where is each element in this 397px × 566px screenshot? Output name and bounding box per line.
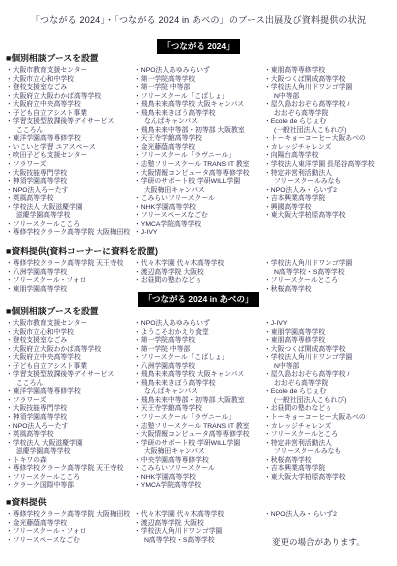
list-item: ・大阪情報コンピュータ高等専修学校 <box>134 170 264 179</box>
list-item: ・大阪つくば開成高等学校 <box>264 346 394 355</box>
list-item: ・第一学院 中等部 <box>134 84 264 93</box>
list-item: ・大阪市教育支援センター <box>6 67 136 76</box>
event1-booth-column-2: ・NPO法人あゆみらいず・第一学院高等学校・第一学院 中等部・フリースクール「こ… <box>134 67 264 238</box>
list-item-continuation: 大阪梅田キャンパス <box>134 448 264 457</box>
list-item: ・大阪府立中央高等学校 <box>6 101 136 110</box>
list-item: ・神須学園高等学校 <box>6 414 136 423</box>
list-item-continuation: N高等学校・S高等学校 <box>264 269 394 278</box>
list-item: ・NPO法人あゆみらいず <box>134 320 264 329</box>
list-item: ・フリースクール「ラヴニール」 <box>134 152 264 161</box>
list-item-continuation: 大阪梅田キャンパス <box>134 187 264 196</box>
list-item: ・渡辺高等学院 大阪校 <box>134 269 264 278</box>
list-item: ・フリースクールところ <box>264 431 394 440</box>
list-item: ・代々木学園 代々木高等学校 <box>134 260 264 269</box>
list-item: ・英風高等学校 <box>6 195 136 204</box>
list-item-continuation: おおぞら高等学院 <box>264 110 394 119</box>
list-item: ・フリースクール「こばしょ」 <box>134 354 264 363</box>
list-item: ・J-IVY <box>134 229 264 238</box>
list-item-continuation: N中等部 <box>264 93 394 102</box>
list-item: ・大阪府立大阪わかば高等学校 <box>6 93 136 102</box>
list-item: ・第一学院高等学校 <box>134 76 264 85</box>
list-item: ・天王寺学館高等学校 <box>134 405 264 414</box>
list-item: ・登校支援室なごみ <box>6 84 136 93</box>
list-item: ・特定非営利活動法人 <box>264 440 394 449</box>
list-item: ・NPO法人ろーたす <box>6 187 136 196</box>
list-item: ・秋桜高等学校 <box>264 457 394 466</box>
list-item: ・吉本興業高等学院 <box>264 195 394 204</box>
list-item: ・東朋高等専修学校 <box>264 337 394 346</box>
event2-materials-column-1: ・専修学校クラーク高等学院 大阪梅田校・金光藤蔭高等学校・フリースクール・フォロ… <box>6 511 136 545</box>
list-item: ・NPO法人ろーたす <box>6 423 136 432</box>
list-item: ・YMCA学院高等学校 <box>134 482 264 491</box>
event1-materials-heading: ■資料提供(資料コーナーに資料を設置) <box>6 244 395 257</box>
list-item: ・東朋学園高等学校 <box>264 329 394 338</box>
list-item: ・天王寺学館高等学校 <box>134 135 264 144</box>
event2-booth-section: ■個別相談ブースを設置 ・大阪市教育支援センター・大阪市立心和中学校・登校支援室… <box>6 304 395 320</box>
list-item: ・金光藤蔭高等学校 <box>6 520 136 529</box>
list-item: ・カレッジチャレンズ <box>264 423 394 432</box>
list-item: ・大阪市立心和中学校 <box>6 329 136 338</box>
event1-booth-column-1: ・大阪市教育支援センター・大阪市立心和中学校・登校支援室なごみ・大阪府立大阪わか… <box>6 67 136 238</box>
event2-materials-heading: ■資料提供 <box>6 495 395 508</box>
document-title: 「つながる 2024」・「つながる 2024 in あべの」のブース出展及び資料… <box>0 13 397 26</box>
list-item: ・東大阪大学柏原高等学校 <box>264 212 394 221</box>
list-item: ・八洲学園高等学校 <box>134 363 264 372</box>
event1-booth-heading: ■個別相談ブースを設置 <box>6 51 395 64</box>
list-item: ・トキワの森 <box>6 457 136 466</box>
list-item: ・こみらいフリースクール <box>134 195 264 204</box>
list-item: ・大阪府立大阪わかば高等学校 <box>6 346 136 355</box>
list-item: ・学校法人東洋学園 長尾谷高等学校 <box>264 161 394 170</box>
list-item: ・屋久島おおぞら高等学校 / <box>264 371 394 380</box>
list-item-continuation: フリースクールみなも <box>264 448 394 457</box>
list-item: ・専修学校クラーク高等学院 大阪梅田校 <box>6 229 136 238</box>
list-item: ・屋久島おおぞら高等学校 / <box>264 101 394 110</box>
list-item: ・代々木学園 代々木高等学校 <box>134 511 264 520</box>
list-item: ・YMCA学院高等学校 <box>134 221 264 230</box>
list-item: ・学校法人角川ドワンゴ学園 <box>264 84 394 93</box>
list-item: ・専修学校クラーク高等学院 天王寺校 <box>6 260 136 269</box>
list-item: ・フラワーズ <box>6 161 136 170</box>
list-item: ・トーキョーコーヒー大阪あべの <box>264 414 394 423</box>
list-item: ・大阪つくば開成高等学校 <box>264 76 394 85</box>
list-item: ・こみらいフリースクール <box>134 465 264 474</box>
event1-booth-column-3: ・東朋高等専修学校・大阪つくば開成高等学校・学校法人角川ドワンゴ学園N中等部・屋… <box>264 67 394 221</box>
list-item: ・大阪情報コンピュータ高等専修学校 <box>134 431 264 440</box>
list-item: ・ようこそおかえり食堂 <box>134 329 264 338</box>
list-item: ・お昼間の塾わなどぅ <box>134 277 264 286</box>
list-item: ・吉本興業高等学院 <box>264 465 394 474</box>
list-item: ・フリースクール・フォロ <box>6 277 136 286</box>
list-item-continuation: なんばキャンパス <box>134 388 264 397</box>
event2-booth-column-1: ・大阪市教育支援センター・大阪市立心和中学校・登校支援室なごみ・大阪府立大阪わか… <box>6 320 136 491</box>
event1-materials-column-2: ・代々木学園 代々木高等学校・渡辺高等学院 大阪校・お昼間の塾わなどぅ <box>134 260 264 286</box>
list-item: ・渡辺高等学院 大阪校 <box>134 520 264 529</box>
list-item: ・フリースクール・フォロ <box>6 528 136 537</box>
list-item: ・フリースペースなごむ <box>134 212 264 221</box>
list-item: ・フリースクール「ラヴニール」 <box>134 414 264 423</box>
list-item: ・向陽台高等学校 <box>264 152 394 161</box>
event1-booth-section: ■個別相談ブースを設置 ・大阪市教育支援センター・大阪市立心和中学校・登校支援室… <box>6 51 395 67</box>
list-item: ・飛鳥未来高等学校 大阪キャンパス <box>134 371 264 380</box>
list-item: ・学習支援型放課後等デイサービス <box>6 371 136 380</box>
event2-materials-section: ■資料提供 ・専修学校クラーク高等学院 大阪梅田校・金光藤蔭高等学校・フリースク… <box>6 495 395 511</box>
list-item: ・大阪技能専門学校 <box>6 170 136 179</box>
list-item: ・志塾フリースクール TRANS IT 教室 <box>134 161 264 170</box>
list-item: ・クラーク国際中等部 <box>6 482 136 491</box>
list-item-continuation: フリースクールみなも <box>264 178 394 187</box>
list-item: ・大阪府立中央高等学校 <box>6 354 136 363</box>
list-item: ・吹田子ども支援センター <box>6 152 136 161</box>
event2-materials-column-3: ・NPO法人み・らいず2 <box>264 511 394 520</box>
event2-booth-heading: ■個別相談ブースを設置 <box>6 304 395 317</box>
list-item: ・大阪技能専門学校 <box>6 405 136 414</box>
list-item: ・英風高等学校 <box>6 431 136 440</box>
list-item: ・専修学校クラーク高等学院 天王寺校 <box>6 465 136 474</box>
list-item: ・八洲学園高等学校 <box>6 269 136 278</box>
list-item: ・Ecole de らじぇむ <box>264 388 394 397</box>
list-item-continuation: N中等部 <box>264 363 394 372</box>
list-item: ・大阪市立心和中学校 <box>6 76 136 85</box>
list-item: ・東洋学園高等専修学校 <box>6 135 136 144</box>
list-item: ・お昼間の塾わなどぅ <box>264 405 394 414</box>
list-item: ・Ecole de らじぇむ <box>264 118 394 127</box>
list-item: ・学校法人 大阪滋慶学園 <box>6 440 136 449</box>
list-item: ・NPO法人あゆみらいず <box>134 67 264 76</box>
change-notice: 変更の場合があります。 <box>272 536 365 548</box>
list-item: ・飛鳥未来きぼう高等学校 <box>134 110 264 119</box>
list-item: ・学習支援型放課後等デイサービス <box>6 118 136 127</box>
list-item: ・中央学園高等専修学校 <box>134 457 264 466</box>
list-item: ・子ども自立アシスト事業 <box>6 110 136 119</box>
list-item: ・NHK学園高等学校 <box>134 204 264 213</box>
list-item: ・神須学園高等学校 <box>6 178 136 187</box>
list-item: ・J-IVY <box>264 320 394 329</box>
list-item: ・登校支援室なごみ <box>6 337 136 346</box>
list-item: ・学校法人角川ドワンゴ学園 <box>264 354 394 363</box>
list-item: ・東朋高等専修学校 <box>264 67 394 76</box>
list-item-continuation: 滋慶学園高等学校 <box>6 448 136 457</box>
list-item: ・学校法人角川ドワンゴ学園 <box>134 528 264 537</box>
list-item: ・第一学院高等学校 <box>134 337 264 346</box>
list-item: ・学校法人 大阪滋慶学園 <box>6 204 136 213</box>
list-item: ・フリースペースなごむ <box>6 537 136 546</box>
event1-materials-section: ■資料提供(資料コーナーに資料を設置) ・専修学校クラーク高等学院 天王寺校・八… <box>6 244 395 260</box>
list-item: ・NPO法人み・らいず2 <box>264 187 394 196</box>
list-item-continuation: 滋慶学園高等学校 <box>6 212 136 221</box>
list-item: ・東大阪大学柏原高等学校 <box>264 474 394 483</box>
list-item: ・NPO法人み・らいず2 <box>264 511 394 520</box>
event2-materials-column-2: ・代々木学園 代々木高等学校・渡辺高等学院 大阪校・学校法人角川ドワンゴ学園N高… <box>134 511 264 545</box>
event2-booth-column-3: ・J-IVY・東朋学園高等学校・東朋高等専修学校・大阪つくば開成高等学校・学校法… <box>264 320 394 482</box>
list-item: ・フリースクール「こばしょ」 <box>134 93 264 102</box>
list-item-continuation: なんばキャンパス <box>134 118 264 127</box>
list-item: ・特定非営利活動法人 <box>264 170 394 179</box>
list-item: ・大阪市教育支援センター <box>6 320 136 329</box>
list-item: ・学研のサポート校 学研WILL学園 <box>134 440 264 449</box>
list-item: ・子ども自立アシスト事業 <box>6 363 136 372</box>
list-item: ・東洋学園高等専修学校 <box>6 388 136 397</box>
event2-booth-column-2: ・NPO法人あゆみらいず・ようこそおかえり食堂・第一学院高等学校・第一学院 中等… <box>134 320 264 491</box>
list-item: ・飛鳥未来高等学校 大阪キャンパス <box>134 101 264 110</box>
list-item: ・フリースクールところ <box>264 277 394 286</box>
list-item: ・第一学院 中等部 <box>134 346 264 355</box>
list-item: ・専修学校クラーク高等学院 大阪梅田校 <box>6 511 136 520</box>
list-item: ・学研のサポート校 学研WILL学園 <box>134 178 264 187</box>
list-item-continuation: N高等学校・S高等学校 <box>134 537 264 546</box>
list-item: ・学校法人角川ドワンゴ学園 <box>264 260 394 269</box>
list-item: ・トーキョーコーヒー大阪あべの <box>264 135 394 144</box>
list-item: ・志塾フリースクール TRANS IT 教室 <box>134 423 264 432</box>
list-item: ・興國高等学校 <box>264 204 394 213</box>
